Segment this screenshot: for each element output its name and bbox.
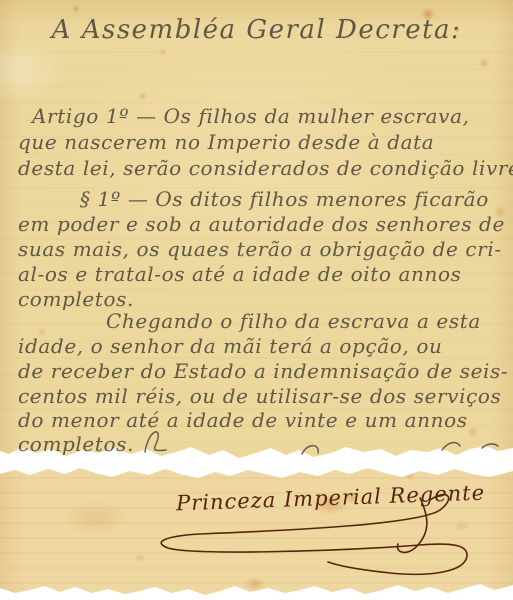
paper-strip-bottom [0, 462, 513, 596]
manuscript-page: A Assembléa Geral Decreta: Artigo 1º — O… [0, 0, 513, 600]
paper-sheet-top [0, 0, 513, 460]
